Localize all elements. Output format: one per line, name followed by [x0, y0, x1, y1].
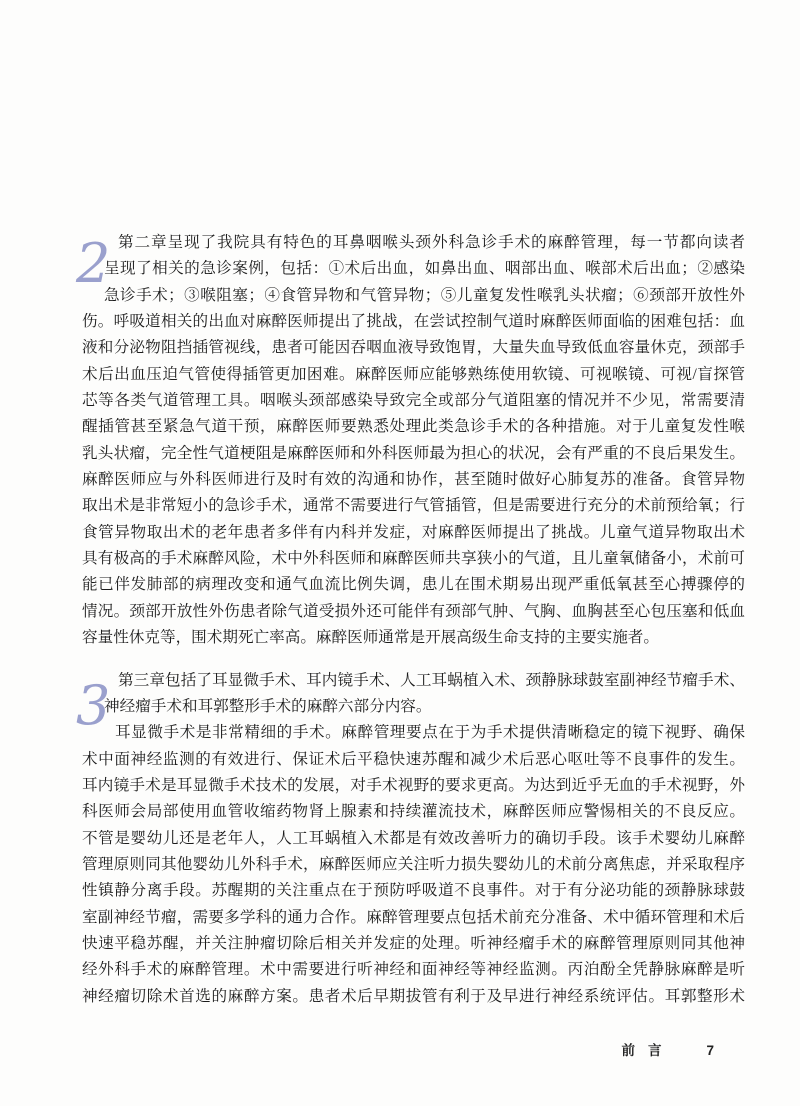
text-line: 呈现了相关的急诊案例，包括：①术后出血，如鼻出血、咽部出血、喉部术后出血；②感染	[104, 256, 745, 282]
text-line: 伤。呼吸道相关的出血对麻醉医师提出了挑战，在尝试控制气道时麻醉医师面临的困难包括…	[82, 309, 745, 335]
text-line: 液和分泌物阻挡插管视线，患者可能因吞咽血液导致饱胃，大量失血导致低血容量休克，颈…	[82, 335, 745, 361]
text-line: 耳内镜手术是耳显微手术技术的发展，对手术视野的要求更高。为达到近乎无血的手术视野…	[82, 773, 745, 799]
text-line: 第二章呈现了我院具有特色的耳鼻咽喉头颈外科急诊手术的麻醉管理，每一节都向读者	[118, 230, 745, 256]
text-line: 管理原则同其他婴幼儿外科手术，麻醉医师应关注听力损失婴幼儿的术前分离焦虑，并采取…	[82, 852, 745, 878]
text-line: 术中面神经监测的有效进行、保证术后平稳快速苏醒和减少术后恶心呕吐等不良事件的发生…	[82, 747, 745, 773]
text-line: 神经瘤切除术首选的麻醉方案。患者术后早期拔管有利于及早进行神经系统评估。耳郭整形…	[82, 984, 745, 1010]
chapter-section: 2 第二章呈现了我院具有特色的耳鼻咽喉头颈外科急诊手术的麻醉管理，每一节都向读者…	[82, 230, 745, 652]
footer-section-title: 前言	[621, 1039, 674, 1059]
section-lines: 第三章包括了耳显微手术、耳内镜手术、人工耳蜗植入术、颈静脉球鼓室副神经节瘤手术、…	[82, 668, 745, 1010]
text-line: 急诊手术；③喉阻塞；④食管异物和气管异物；⑤儿童复发性喉乳头状瘤；⑥颈部开放性外	[104, 283, 745, 309]
text-line: 情况。颈部开放性外伤患者除气道受损外还可能伴有颈部气肿、气胸、血胸甚至心包压塞和…	[82, 599, 745, 625]
text-line: 神经瘤手术和耳郭整形手术的麻醉六部分内容。	[104, 694, 745, 720]
text-line: 取出术是非常短小的急诊手术，通常不需要进行气管插管，但是需要进行充分的术前预给氧…	[82, 493, 745, 519]
text-line: 第三章包括了耳显微手术、耳内镜手术、人工耳蜗植入术、颈静脉球鼓室副神经节瘤手术、…	[118, 668, 745, 694]
text-line: 不管是婴幼儿还是老年人，人工耳蜗植入术都是有效改善听力的确切手段。该手术婴幼儿麻…	[82, 826, 745, 852]
section-number-numeral: 2	[76, 237, 106, 291]
text-line: 室副神经节瘤，需要多学科的通力合作。麻醉管理要点包括术前充分准备、术中循环管理和…	[82, 905, 745, 931]
text-line: 麻醉医师应与外科医师进行及时有效的沟通和协作，甚至随时做好心肺复苏的准备。食管异…	[82, 467, 745, 493]
text-line: 术后出血压迫气管使得插管更加困难。麻醉医师应能够熟练使用软镜、可视喉镜、可视/盲…	[82, 362, 745, 388]
text-line: 醒插管甚至紧急气道干预，麻醉医师要熟悉处理此类急诊手术的各种措施。对于儿童复发性…	[82, 414, 745, 440]
text-line: 快速平稳苏醒，并关注肿瘤切除后相关并发症的处理。听神经瘤手术的麻醉管理原则同其他…	[82, 931, 745, 957]
text-line: 经外科手术的麻醉管理。术中需要进行听神经和面神经等神经监测。丙泊酚全凭静脉麻醉是…	[82, 957, 745, 983]
text-line: 科医师会局部使用血管收缩药物肾上腺素和持续灌流技术，麻醉医师应警惕相关的不良反应…	[82, 799, 745, 825]
text-line: 乳头状瘤，完全性气道梗阻是麻醉医师和外科医师最为担心的状况，会有严重的不良后果发…	[82, 441, 745, 467]
chapter-section: 3 第三章包括了耳显微手术、耳内镜手术、人工耳蜗植入术、颈静脉球鼓室副神经节瘤手…	[82, 668, 745, 1010]
section-number-numeral: 3	[76, 679, 106, 733]
section-lines: 第二章呈现了我院具有特色的耳鼻咽喉头颈外科急诊手术的麻醉管理，每一节都向读者呈现…	[82, 230, 745, 652]
text-line: 芯等各类气道管理工具。咽喉头颈部感染导致完全或部分气道阻塞的情况并不少见，常需要…	[82, 388, 745, 414]
text-line: 容量性休克等，围术期死亡率高。麻醉医师通常是开展高级生命支持的主要实施者。	[82, 625, 745, 651]
text-line: 耳显微手术是非常精细的手术。麻醉管理要点在于为手术提供清晰稳定的镜下视野、确保	[115, 720, 745, 746]
text-line: 性镇静分离手段。苏醒期的关注重点在于预防呼吸道不良事件。对于有分泌功能的颈静脉球…	[82, 878, 745, 904]
document-page: 2 第二章呈现了我院具有特色的耳鼻咽喉头颈外科急诊手术的麻醉管理，每一节都向读者…	[0, 0, 800, 1106]
footer-page-number: 7	[706, 1043, 714, 1058]
page-footer: 前言 7	[621, 1039, 714, 1059]
preface-body: 2 第二章呈现了我院具有特色的耳鼻咽喉头颈外科急诊手术的麻醉管理，每一节都向读者…	[82, 230, 745, 1010]
text-line: 具有极高的手术麻醉风险，术中外科医师和麻醉医师共享狭小的气道，且儿童氧储备小，术…	[82, 546, 745, 572]
text-line: 能已伴发肺部的病理改变和通气血流比例失调，患儿在围术期易出现严重低氧甚至心搏骤停…	[82, 572, 745, 598]
text-line: 食管异物取出术的老年患者多伴有内科并发症，对麻醉医师提出了挑战。儿童气道异物取出…	[82, 520, 745, 546]
